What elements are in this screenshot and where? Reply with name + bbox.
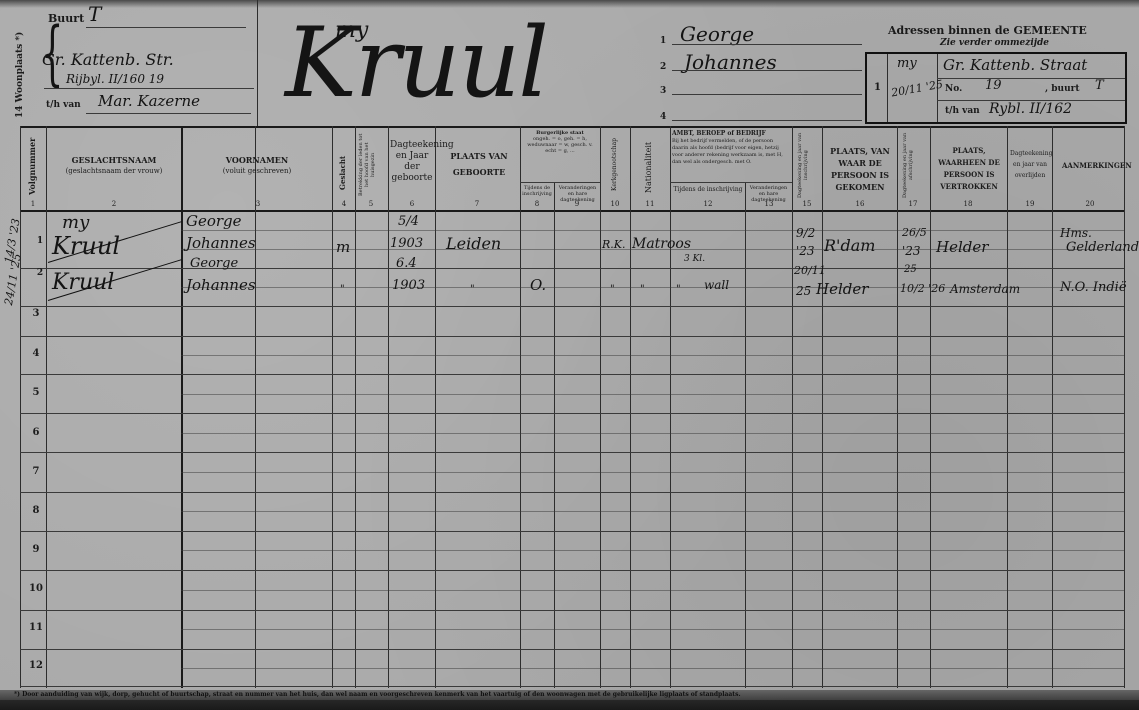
address-vh-value: Rybl. II/162: [989, 101, 1072, 117]
entry-birthplace: ": [470, 284, 475, 295]
col-header-voornamen: VOORNAMEN (voluit geschreven): [183, 155, 331, 176]
col-divider: [1052, 126, 1053, 688]
vh-value: Mar. Kazerne: [98, 92, 200, 110]
buurt-value: T: [88, 2, 101, 26]
row-subrule: [181, 550, 1124, 551]
col-header-nationaliteit: Nationaliteit: [645, 140, 653, 195]
entry-remarks-2: Gelderland: [1066, 240, 1139, 255]
col-divider: [46, 126, 47, 688]
col-divider: [630, 126, 631, 688]
col-header-geboortedatum: Dagteekening en Jaar der geboorte: [390, 140, 434, 184]
row-number: 12: [26, 660, 46, 671]
col-number: 4: [334, 200, 354, 208]
address-date-top: my: [897, 56, 917, 71]
entry-afschrijving-date: 25: [904, 264, 917, 275]
address-buurt-label: , buurt: [1045, 84, 1080, 94]
col-divider: [745, 182, 746, 688]
entry-given-1: George: [190, 256, 238, 271]
address-no-value: 19: [985, 78, 1002, 93]
col-header-afschrijving: Dagteekening en jaar van afschrijving: [902, 132, 924, 198]
vh-underline: [86, 113, 251, 114]
given-line-2: [672, 70, 862, 71]
family-name-large: Kruul: [285, 8, 547, 118]
row-rule: [20, 452, 1124, 453]
col-divider: [554, 182, 555, 688]
row-rule: [20, 492, 1124, 493]
burgerlijke-staat-sub: ongeh. = o, geh. = h, weduwnaar = w, ges…: [527, 136, 593, 154]
col-header-beroep: AMBT, BEROEP of BEDRIJF Bij het bedrijf …: [672, 130, 790, 165]
header-divider: [257, 0, 258, 126]
row-number: 11: [26, 622, 46, 633]
col-divider: [1124, 126, 1125, 688]
col-header-geboorteplaats: PLAATS VAN GEBOORTE: [445, 148, 513, 180]
row-rule: [20, 413, 1124, 414]
col-number: 18: [958, 200, 978, 208]
given-line-num: 1: [660, 36, 666, 46]
beroep-sub: Bij het bedrijf vermelden, of de persoon…: [672, 138, 783, 165]
given-line-num: 2: [660, 62, 666, 72]
entry-sex: m: [336, 238, 350, 256]
col-header-overlijden: Dagteekening en jaar van overlijden: [1010, 148, 1050, 181]
row-rule: [20, 570, 1124, 571]
row-subrule: [181, 511, 1124, 512]
entry-remarks-1: Hms.: [1060, 226, 1092, 240]
col-header-volgnummer: Volgnummer: [28, 140, 36, 195]
col-number: 13: [759, 200, 779, 208]
col-number: 1: [23, 200, 43, 208]
given-line-3: [672, 94, 862, 95]
row-number: 2: [30, 268, 50, 278]
col-number: 6: [402, 200, 422, 208]
entry-inschrijving-date: 20/11: [794, 264, 826, 277]
buurt-label: Buurt: [48, 12, 84, 25]
given-line-1: [672, 44, 862, 45]
population-register-sheet: 14 Woonplaats *) { Buurt T Gr. Kattenb. …: [0, 0, 1139, 700]
col-divider: [897, 126, 898, 688]
col-header-bs-tijdens: Tijdens de inschrijving: [521, 185, 553, 197]
col-header-geslacht: Geslacht: [339, 150, 347, 195]
row-subrule: [181, 433, 1124, 434]
entry-surname-prefix: my: [62, 212, 89, 233]
entry-surname: Kruul: [52, 232, 120, 260]
entry-went-to: Helder: [936, 238, 988, 256]
row-rule: [20, 336, 1124, 337]
col-divider: [822, 126, 823, 688]
entry-inschrijving-year: 25: [796, 284, 811, 298]
col-number: 15: [797, 200, 817, 208]
entry-occupation: Matroos: [632, 236, 691, 252]
entry-birth-year: 1903: [392, 278, 425, 293]
entry-came-from: Helder: [816, 280, 868, 298]
row-rule: [20, 306, 1124, 307]
entry-birth-date: 6.4: [396, 256, 417, 271]
col-header-inschrijving: Dagteekening en jaar van inschrijving: [797, 132, 817, 198]
col-number: 20: [1080, 200, 1100, 208]
address-line-1: Gr. Kattenb. Str.: [42, 50, 174, 69]
entry-occupation-change: wall: [704, 278, 729, 292]
entry-occupation-change: 3 Kl.: [684, 254, 705, 264]
entry-afschrijving-year: 10/2 '26: [900, 282, 945, 295]
entry-religion: ": [610, 284, 615, 295]
col-header-burgerlijke-staat: Burgerlijke staat ongeh. = o, geh. = h, …: [521, 130, 599, 154]
entry-came-from: R'dam: [824, 236, 875, 255]
address-vh-label: t/h van: [945, 106, 980, 116]
row-number: 7: [26, 466, 46, 477]
entry-afschrijving-date: 26/5: [902, 226, 927, 239]
given-line-num: 4: [660, 112, 666, 122]
entry-sex: ": [340, 284, 345, 295]
entry-inschrijving-year: '23: [796, 244, 815, 258]
given-line-4: [672, 120, 862, 121]
address-buurt-value: T: [1095, 78, 1104, 93]
col-number: 9: [567, 200, 587, 208]
given-line-num: 3: [660, 86, 666, 96]
col-header-beroep-tijdens: Tijdens de inschrijving: [672, 186, 744, 193]
row-number: 4: [26, 348, 46, 359]
row-subrule: [181, 394, 1124, 395]
col-number: 17: [903, 200, 923, 208]
row-number: 3: [26, 308, 46, 319]
row-rule: [20, 268, 1124, 269]
col-number: 7: [467, 200, 487, 208]
entry-went-to: Amsterdam: [950, 282, 1020, 296]
entry-remarks-1: N.O. Indië: [1060, 280, 1127, 295]
footnote: *) Door aanduiding van wijk, dorp, gehuc…: [14, 691, 741, 698]
col-number: 8: [527, 200, 547, 208]
row-number: 10: [26, 583, 46, 594]
entry-given-2: Johannes: [186, 276, 256, 294]
given-name-1: George: [680, 22, 754, 46]
row-rule: [20, 649, 1124, 650]
geslachtsnaam-sub: (geslachtsnaam der vrouw): [66, 167, 163, 175]
col-divider: [181, 126, 183, 688]
row-rule: [20, 374, 1124, 375]
col-header-aanmerkingen: AANMERKINGEN: [1062, 155, 1118, 177]
row-number: 1: [30, 236, 50, 246]
geslachtsnaam-label: GESLACHTSNAAM: [72, 155, 157, 165]
row-rule: [20, 686, 1124, 687]
col-number: 5: [361, 200, 381, 208]
row-number: 6: [26, 427, 46, 438]
row-subrule: [181, 230, 1124, 231]
col-header-geslachtsnaam: GESLACHTSNAAM (geslachtsnaam der vrouw): [50, 155, 178, 176]
col-header-betrekking: Betrekking der leden tot het hoofd van h…: [358, 132, 384, 197]
col-divider: [670, 126, 671, 688]
col-header-kerkgenootschap: Kerkgenootschap: [611, 135, 619, 195]
row-subrule: [181, 355, 1124, 356]
row-subrule: [181, 472, 1124, 473]
col-divider: [930, 126, 931, 688]
col-number: 10: [605, 200, 625, 208]
entry-civil-status: O.: [530, 276, 546, 294]
subheader-rule-8-9: [520, 182, 600, 183]
subheader-rule-12-13: [670, 182, 792, 183]
entry-birthplace: Leiden: [446, 234, 501, 253]
col-header-vertrokken: PLAATS, WAARHEEN DE PERSOON IS VERTROKKE…: [933, 145, 1005, 193]
row-number: 5: [26, 387, 46, 398]
row-rule: [20, 610, 1124, 611]
entry-given-2: Johannes: [186, 234, 256, 252]
woonplaats-label: 14 Woonplaats *): [16, 30, 24, 120]
entry-occupation: ": [676, 284, 681, 295]
scan-shadow-top: [0, 0, 1139, 8]
voornamen-sub: (voluit geschreven): [223, 167, 291, 175]
row-subrule: [181, 668, 1124, 669]
col-divider: [520, 126, 521, 688]
col-header-herkomst: PLAATS, VAN WAAR DE PERSOON IS GEKOMEN: [826, 145, 894, 193]
vh-label: t/h van: [46, 100, 81, 110]
entry-birth-year: 1903: [390, 236, 423, 251]
entry-afschrijving-year: '23: [902, 244, 921, 258]
col-number: 16: [850, 200, 870, 208]
address-box-subtitle: Zie verder ommezijde: [940, 38, 1049, 48]
col-divider: [355, 126, 356, 688]
col-divider: [388, 126, 389, 688]
address-box-title: Adressen binnen de GEMEENTE: [888, 24, 1087, 37]
address-underline: [44, 88, 254, 89]
col-number: 11: [640, 200, 660, 208]
col-divider: [1007, 126, 1008, 688]
col-divider: [600, 126, 601, 688]
row-subrule: [181, 590, 1124, 591]
address-box: 1 my 20/11 '25 Gr. Kattenb. Straat No. 1…: [865, 52, 1127, 124]
row-number: 9: [26, 544, 46, 555]
row-subrule: [181, 629, 1124, 630]
address-box-divider-1: [887, 54, 888, 122]
col-number: 3: [248, 200, 268, 208]
address-no-label: No.: [945, 84, 962, 94]
col-divider: [435, 126, 436, 688]
col-divider: [792, 126, 793, 688]
entry-inschrijving-date: 9/2: [796, 226, 815, 240]
col-divider: [255, 126, 256, 688]
col-number: 12: [698, 200, 718, 208]
row-rule: [20, 531, 1124, 532]
entry-religion: R.K.: [602, 238, 626, 251]
voornamen-label: VOORNAMEN: [226, 155, 288, 165]
address-row-num: 1: [874, 82, 881, 93]
row-number: 8: [26, 505, 46, 516]
col-divider: [332, 126, 333, 688]
address-date-bottom: 20/11 '25: [890, 78, 944, 100]
beroep-label: AMBT, BEROEP of BEDRIJF: [672, 130, 766, 137]
address-line-2: Rijbyl. II/160 19: [66, 72, 164, 86]
col-number: 19: [1020, 200, 1040, 208]
entry-birth-date: 5/4: [398, 214, 419, 229]
header-top-rule: [20, 126, 1125, 128]
entry-nationality: ": [640, 284, 645, 295]
address-street: Gr. Kattenb. Straat: [943, 56, 1087, 74]
col-number: 2: [104, 200, 124, 208]
buurt-underline: [86, 27, 246, 28]
col-divider: [20, 126, 21, 688]
entry-given-1: George: [186, 212, 242, 230]
